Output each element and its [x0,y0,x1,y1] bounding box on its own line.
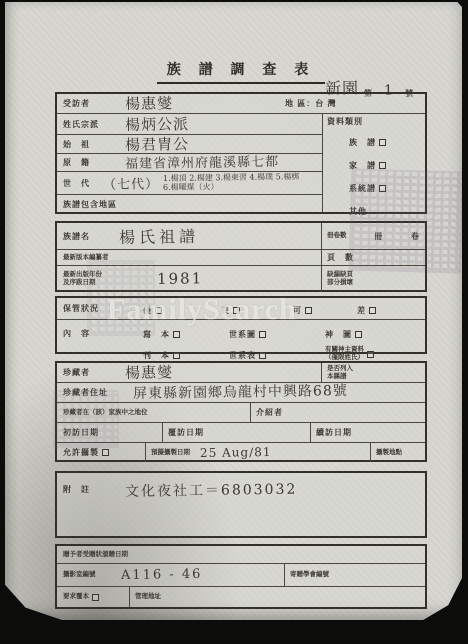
content-option-manuscript: 寫 本 [143,324,229,342]
keep-option-fair-label: 可 [293,306,302,315]
keep-condition-label: 保管狀況 [63,303,143,314]
notes-table: 附 註 文化夜社工＝6803032 [55,471,427,538]
listed-label: 是否列入 本縣譜 [327,365,353,381]
donation-date-label: 贈予者受贈狀頒贈日期 [63,551,128,559]
donation-date-row: 贈予者受贈狀頒贈日期 [57,546,425,563]
pages-label: 頁 數 [327,252,354,263]
film-date-value-handwritten: 25 Aug/81 [200,445,272,460]
interviewee-label: 受訪者 [63,98,125,109]
category-title: 資料類別 [327,116,421,127]
lineage-label: 姓氏宗派 [63,119,125,130]
category-option-jiapu: 家 譜 [349,155,421,173]
category-other-blank-line [367,207,393,214]
editor-row: 最新版本編纂者 頁 數 [57,249,425,265]
keep-option-excellent-checkbox [155,307,162,314]
page-title: 族 譜 調 查 表 [157,59,325,84]
keeper-address-row: 珍藏者住址 屏東縣新園鄉烏龍村中興路68號 [57,382,425,402]
filming-row: 允許攝製 預擬攝製日期 25 Aug/81 攝製地點 [57,442,425,462]
origin-value-handwritten: 福建省漳州府龍溪縣七都 [125,150,322,172]
keeper-cell: 珍藏者 楊惠燮 [57,363,321,382]
category-option-xitongpu: 系統譜 [349,178,421,196]
film-number-cell: 攝影室編號 A116 - 46 [57,564,284,586]
missing-pages-label: 缺漏缺頁 部分損壞 [327,271,353,287]
publish-year-label: 最新出版年份 及序跋日期 [63,271,133,287]
volumes-label: 冊卷數 [327,232,347,240]
keep-option-fair-checkbox [305,307,312,314]
coverage-label: 族譜包含地區 [63,199,117,210]
content-option-pedigree-table-label: 世系表 [229,351,256,360]
first-ancestor-label: 始 祖 [63,139,125,150]
content-option-pedigree-table-checkbox [259,352,266,359]
generations-list-handwritten: 1.楊頂 2.楊建 3.楊東習 4.楊璞 5.楊梆 6.楊曜煤（火） [163,174,299,192]
content-option-pedigree-chart-checkbox [259,331,266,338]
keeper-position-row: 珍藏者在（該）家族中之地位 介紹者 [57,402,425,422]
film-place-label: 攝製地點 [376,449,402,457]
keep-option-fair: 可 [293,300,357,318]
category-option-xitongpu-checkbox [379,185,386,192]
missing-pages-label-line2: 部分損壞 [327,279,353,287]
editor-label: 最新版本編纂者 [63,254,109,262]
content-option-tablet-data: 有關神主資料 （僅限姓氏） [325,346,374,362]
content-option-pedigree-chart: 世系圖 [229,324,325,342]
content-option-ancestor-chart: 神 圖 [325,324,362,342]
notes-value-handwritten: 文化夜社工＝6803032 [125,477,425,501]
book-name-row: 族譜名 楊氏祖譜 冊卷數 冊 卷 [57,223,425,249]
publish-year-row: 最新出版年份 及序跋日期 1981 缺漏缺頁 部分損壞 [57,265,425,292]
content-options-line1: 寫 本 世系圖 神 圖 [143,324,425,342]
permit-checkbox [102,449,109,456]
keeper-label: 珍藏者 [63,367,125,378]
office-use-table: 贈予者受贈狀頒贈日期 攝影室編號 A116 - 46 寄贈學會編號 要求覆本 管… [55,544,427,609]
interviewee-row: 受訪者 楊惠燮 地 區：台 灣 [57,94,425,113]
film-place-cell: 攝製地點 [370,443,425,462]
volumes-unit-juan: 卷 [411,231,420,242]
notes-row: 附 註 文化夜社工＝6803032 [57,473,425,501]
category-option-zupu: 族 譜 [349,132,421,150]
book-name-value-handwritten: 楊氏祖譜 [119,222,321,248]
generations-count-handwritten: （七代） [103,173,159,193]
next-visit-cell: 續訪日期 [310,423,425,442]
film-number-label: 攝影室編號 [63,571,121,579]
category-option-zupu-label: 族 譜 [349,138,376,147]
coverage-row: 族譜包含地區 [57,194,322,213]
film-number-row: 攝影室編號 A116 - 46 寄贈學會編號 [57,563,425,586]
content-option-manuscript-checkbox [173,331,180,338]
content-label: 內 容 [63,328,143,339]
category-other-label: 其他 [349,207,367,216]
volumes-unit-ce: 冊 [374,231,383,242]
basic-info-table: 受訪者 楊惠燮 地 區：台 灣 姓氏宗派 楊炳公派 始 祖 楊君胄公 原 籍 福… [55,92,427,214]
content-row: 內 容 寫 本 世系圖 神 圖 刊 本 世系表 有關神主資料 （僅限姓氏） [57,319,425,354]
content-option-tablet-data-label-line1: 有關神主資料 [325,346,364,354]
keep-option-excellent-label: 優 [143,306,152,315]
next-visit-label: 續訪日期 [316,427,352,438]
book-name-cell: 族譜名 楊氏祖譜 [57,223,321,249]
keep-option-poor-checkbox [369,307,376,314]
volumes-cell: 冊卷數 冊 卷 [321,223,425,249]
content-option-tablet-data-checkbox [367,351,374,358]
content-option-ancestor-chart-checkbox [355,331,362,338]
basic-info-main-column: 姓氏宗派 楊炳公派 始 祖 楊君胄公 原 籍 福建省漳州府龍溪縣七都 世 代 （… [57,114,322,212]
introducer-label: 介紹者 [256,407,283,418]
society-number-label: 寄贈學會編號 [290,571,329,579]
permit-label: 允許攝製 [63,447,99,458]
manage-address-cell: 管理地址 [129,587,425,607]
missing-pages-cell: 缺漏缺頁 部分損壞 [321,266,425,292]
publish-year-label-line2: 及序跋日期 [63,279,133,287]
origin-row: 原 籍 福建省漳州府龍溪縣七都 [57,153,322,171]
keep-option-poor-label: 差 [357,306,366,315]
generations-row: 世 代 （七代） 1.楊頂 2.楊建 3.楊東習 4.楊璞 5.楊梆 6.楊曜煤… [57,171,322,194]
copy-request-label: 要求覆本 [63,593,89,601]
book-info-table: 族譜名 楊氏祖譜 冊卷數 冊 卷 最新版本編纂者 頁 數 最新出版年份 及序跋日… [55,221,427,292]
keep-option-good: 良 [221,300,293,318]
condition-table: 保管狀況 優 良 可 差 內 容 寫 本 世系圖 神 圖 刊 本 世系表 有 [55,296,427,354]
keep-option-good-checkbox [233,307,240,314]
second-visit-label: 覆訪日期 [168,427,204,438]
second-visit-cell: 覆訪日期 [162,423,310,442]
category-option-xitongpu-label: 系統譜 [349,184,376,193]
content-option-tablet-data-label: 有關神主資料 （僅限姓氏） [325,346,364,362]
manage-address-label: 管理地址 [135,593,161,601]
basic-info-body: 姓氏宗派 楊炳公派 始 祖 楊君胄公 原 籍 福建省漳州府龍溪縣七都 世 代 （… [57,113,425,212]
keeper-position-label: 珍藏者在（該）家族中之地位 [63,409,148,417]
category-option-jiapu-checkbox [379,162,386,169]
content-options: 寫 本 世系圖 神 圖 刊 本 世系表 有關神主資料 （僅限姓氏） [143,324,425,363]
category-option-zupu-checkbox [379,139,386,146]
first-visit-label: 初訪日期 [63,427,99,438]
content-option-ancestor-chart-label: 神 圖 [325,330,352,339]
content-option-printed-checkbox [173,352,180,359]
copy-request-cell: 要求覆本 [57,587,129,607]
notes-label: 附 註 [63,484,125,495]
first-visit-cell: 初訪日期 [57,423,162,442]
content-option-pedigree-chart-label: 世系圖 [229,330,256,339]
keeper-address-value-handwritten: 屏東縣新園鄉烏龍村中興路68號 [133,378,425,402]
origin-label: 原 籍 [63,157,125,168]
region-label: 地 區：台 灣 [285,98,425,109]
keeper-table: 珍藏者 楊惠燮 是否列入 本縣譜 珍藏者住址 屏東縣新園鄉烏龍村中興路68號 珍… [55,361,427,462]
keeper-address-label: 珍藏者住址 [63,387,133,398]
scanned-form-page: 族 譜 調 查 表 新園 第 1 號 受訪者 楊惠燮 地 區：台 灣 姓氏宗派 … [5,2,462,620]
book-name-label: 族譜名 [63,231,119,242]
generations-list-line2: 6.楊曜煤（火） [163,181,299,192]
keep-option-good-label: 良 [221,306,230,315]
film-number-value-handwritten: A116 - 46 [121,566,203,582]
publish-year-label-line1: 最新出版年份 [63,271,133,279]
category-column: 資料類別 族 譜 家 譜 系統譜 其他 [322,114,425,212]
missing-pages-label-line1: 缺漏缺頁 [327,271,353,279]
copy-request-checkbox [92,594,99,601]
keep-condition-row: 保管狀況 優 良 可 差 [57,298,425,319]
copy-request-row: 要求覆本 管理地址 [57,586,425,607]
introducer-cell: 介紹者 [250,403,425,422]
film-date-label: 預擬攝製日期 [151,449,190,457]
keeper-position-cell: 珍藏者在（該）家族中之地位 [57,403,250,422]
visit-dates-row: 初訪日期 覆訪日期 續訪日期 [57,422,425,442]
society-number-cell: 寄贈學會編號 [284,564,425,586]
keep-option-poor: 差 [357,300,376,318]
permit-cell: 允許攝製 [57,443,145,462]
keep-option-excellent: 優 [143,300,221,318]
interviewee-value-handwritten: 楊惠燮 [125,91,285,114]
listed-label-line1: 是否列入 [327,365,353,373]
film-date-cell: 預擬攝製日期 25 Aug/81 [145,443,370,462]
publish-year-value-handwritten: 1981 [157,269,203,288]
editor-cell: 最新版本編纂者 [57,250,321,265]
keeper-value-handwritten: 楊惠燮 [125,359,321,383]
pages-cell: 頁 數 [321,250,425,265]
generations-label: 世 代 [63,178,103,189]
category-other: 其他 [349,201,421,219]
publish-year-cell: 最新出版年份 及序跋日期 1981 [57,266,321,292]
content-option-printed-label: 刊 本 [143,351,170,360]
content-option-manuscript-label: 寫 本 [143,330,170,339]
category-option-jiapu-label: 家 譜 [349,161,376,170]
